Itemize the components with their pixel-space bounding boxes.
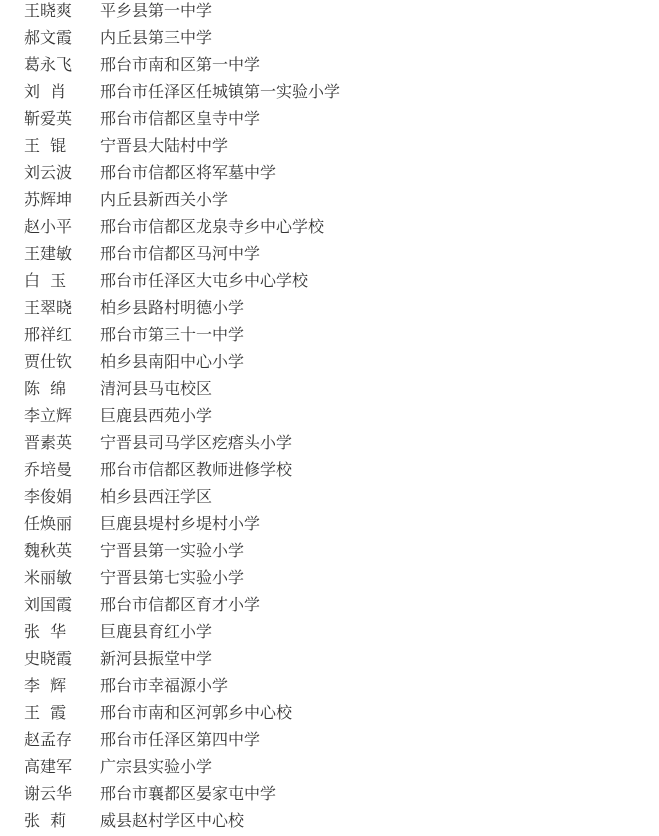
school-name: 新河县振堂中学 [100,645,212,672]
list-item: 李俊娟柏乡县西汪学区 [0,483,659,510]
list-item: 张 莉威县赵村学区中心校 [0,807,659,834]
school-name: 邢台市南和区第一中学 [100,51,260,78]
teacher-name: 邢祥红 [24,321,100,348]
school-name: 内丘县新西关小学 [100,186,228,213]
school-name: 邢台市任泽区大屯乡中心学校 [100,267,308,294]
school-name: 邢台市幸福源小学 [100,672,228,699]
school-name: 邢台市信都区育才小学 [100,591,260,618]
list-item: 赵小平邢台市信都区龙泉寺乡中心学校 [0,213,659,240]
list-item: 刘云波邢台市信都区将军墓中学 [0,159,659,186]
list-item: 李 辉邢台市幸福源小学 [0,672,659,699]
list-item: 谢云华邢台市襄都区晏家屯中学 [0,780,659,807]
list-item: 刘国霞邢台市信都区育才小学 [0,591,659,618]
list-item: 米丽敏宁晋县第七实验小学 [0,564,659,591]
list-item: 刘 肖邢台市任泽区任城镇第一实验小学 [0,78,659,105]
school-name: 邢台市襄都区晏家屯中学 [100,780,276,807]
teacher-name: 魏秋英 [24,537,100,564]
teacher-name: 郝文霞 [24,24,100,51]
list-item: 晋素英宁晋县司马学区疙瘩头小学 [0,429,659,456]
teacher-name: 王 霞 [24,699,100,726]
teacher-name: 史晓霞 [24,645,100,672]
school-name: 内丘县第三中学 [100,24,212,51]
school-name: 邢台市南和区河郭乡中心校 [100,699,292,726]
school-name: 邢台市信都区皇寺中学 [100,105,260,132]
list-item: 王晓爽平乡县第一中学 [0,0,659,24]
list-item: 魏秋英宁晋县第一实验小学 [0,537,659,564]
school-name: 邢台市任泽区第四中学 [100,726,260,753]
school-name: 平乡县第一中学 [100,0,212,24]
school-name: 清河县马屯校区 [100,375,212,402]
teacher-name: 晋素英 [24,429,100,456]
list-item: 苏辉坤内丘县新西关小学 [0,186,659,213]
school-name: 柏乡县西汪学区 [100,483,212,510]
teacher-name: 王 锟 [24,132,100,159]
list-item: 葛永飞邢台市南和区第一中学 [0,51,659,78]
teacher-name: 任焕丽 [24,510,100,537]
list-item: 李立辉巨鹿县西苑小学 [0,402,659,429]
teacher-name: 赵孟存 [24,726,100,753]
list-item: 郝文霞内丘县第三中学 [0,24,659,51]
teacher-name: 葛永飞 [24,51,100,78]
school-name: 邢台市信都区马河中学 [100,240,260,267]
list-item: 贾仕钦柏乡县南阳中心小学 [0,348,659,375]
teacher-name: 刘云波 [24,159,100,186]
teacher-name: 张 莉 [24,807,100,834]
list-item: 王翠晓柏乡县路村明德小学 [0,294,659,321]
teacher-name: 谢云华 [24,780,100,807]
teacher-name: 张 华 [24,618,100,645]
teacher-name: 李俊娟 [24,483,100,510]
school-name: 巨鹿县堤村乡堤村小学 [100,510,260,537]
teacher-name: 刘国霞 [24,591,100,618]
teacher-name: 高建军 [24,753,100,780]
school-name: 邢台市信都区将军墓中学 [100,159,276,186]
teacher-name: 白 玉 [24,267,100,294]
teacher-name: 李 辉 [24,672,100,699]
teacher-name: 赵小平 [24,213,100,240]
teacher-name: 王翠晓 [24,294,100,321]
teacher-name: 李立辉 [24,402,100,429]
list-item: 赵孟存邢台市任泽区第四中学 [0,726,659,753]
list-item: 邢祥红邢台市第三十一中学 [0,321,659,348]
school-name: 邢台市信都区教师进修学校 [100,456,292,483]
school-name: 巨鹿县育红小学 [100,618,212,645]
list-item: 王 霞邢台市南和区河郭乡中心校 [0,699,659,726]
list-item: 高建军广宗县实验小学 [0,753,659,780]
teacher-name: 贾仕钦 [24,348,100,375]
school-name: 邢台市任泽区任城镇第一实验小学 [100,78,340,105]
school-name: 邢台市第三十一中学 [100,321,244,348]
list-item: 乔培曼邢台市信都区教师进修学校 [0,456,659,483]
school-name: 宁晋县第一实验小学 [100,537,244,564]
teacher-name: 米丽敏 [24,564,100,591]
school-name: 柏乡县路村明德小学 [100,294,244,321]
school-name: 柏乡县南阳中心小学 [100,348,244,375]
list-item: 陈 绵清河县马屯校区 [0,375,659,402]
list-item: 史晓霞新河县振堂中学 [0,645,659,672]
list-item: 靳爱英邢台市信都区皇寺中学 [0,105,659,132]
school-name: 宁晋县大陆村中学 [100,132,228,159]
teacher-name: 王晓爽 [24,0,100,24]
school-name: 宁晋县司马学区疙瘩头小学 [100,429,292,456]
list-item: 王建敏邢台市信都区马河中学 [0,240,659,267]
school-name: 威县赵村学区中心校 [100,807,244,834]
school-name: 广宗县实验小学 [100,753,212,780]
teacher-name: 乔培曼 [24,456,100,483]
school-name: 宁晋县第七实验小学 [100,564,244,591]
school-name: 巨鹿县西苑小学 [100,402,212,429]
teacher-list: 王晓爽平乡县第一中学 郝文霞内丘县第三中学 葛永飞邢台市南和区第一中学 刘 肖邢… [0,0,659,834]
teacher-name: 苏辉坤 [24,186,100,213]
teacher-name: 陈 绵 [24,375,100,402]
teacher-name: 刘 肖 [24,78,100,105]
list-item: 张 华巨鹿县育红小学 [0,618,659,645]
list-item: 王 锟宁晋县大陆村中学 [0,132,659,159]
list-item: 任焕丽巨鹿县堤村乡堤村小学 [0,510,659,537]
list-item: 白 玉邢台市任泽区大屯乡中心学校 [0,267,659,294]
teacher-name: 王建敏 [24,240,100,267]
school-name: 邢台市信都区龙泉寺乡中心学校 [100,213,324,240]
teacher-name: 靳爱英 [24,105,100,132]
